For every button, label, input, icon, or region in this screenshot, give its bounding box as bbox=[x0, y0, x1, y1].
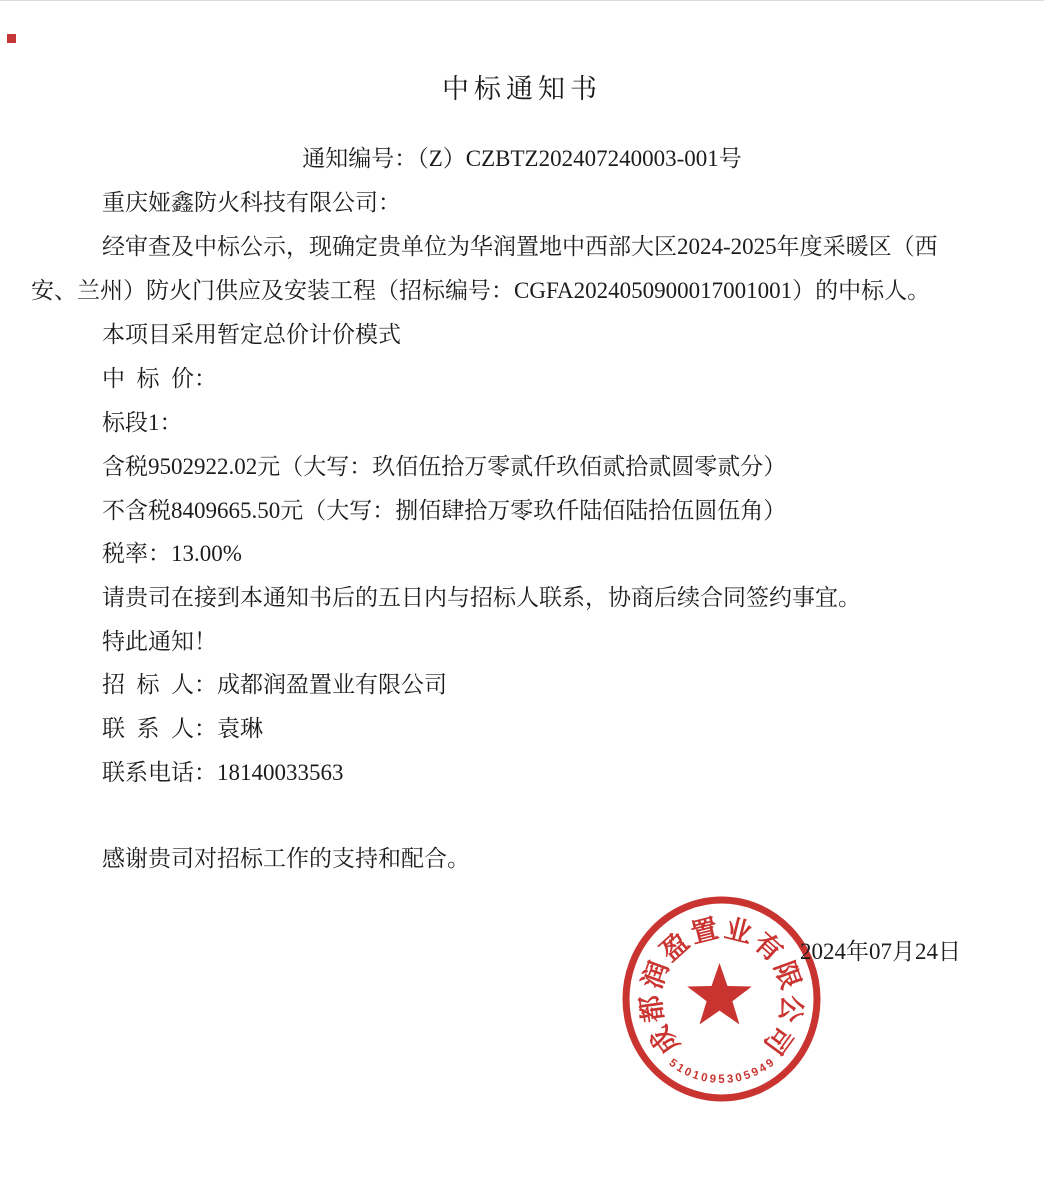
seal-serial-digit: 0 bbox=[700, 1072, 709, 1085]
seal-company-char: 业 bbox=[722, 913, 755, 949]
notice-number-line: 通知编号：（Z）CZBTZ202407240003-001号 bbox=[0, 144, 1044, 174]
closing-line: 特此通知！ bbox=[31, 627, 1013, 657]
contact-person-line: 联 系 人：袁琳 bbox=[31, 714, 1013, 744]
seal-company-char: 盈 bbox=[655, 927, 695, 967]
section-label-line: 标段1： bbox=[31, 408, 1013, 438]
seal-serial-digit: 3 bbox=[726, 1073, 734, 1086]
seal-company-char: 司 bbox=[758, 1020, 798, 1059]
tenderer-line: 招 标 人：成都润盈置业有限公司 bbox=[31, 670, 1013, 700]
company-seal: 成都润盈置业有限公司5101095305949 bbox=[618, 893, 826, 1105]
body-paragraph-line1: 经审查及中标公示，现确定贵单位为华润置地中西部大区2024-2025年度采暖区（… bbox=[31, 232, 1013, 262]
addressee-line: 重庆娅鑫防火科技有限公司： bbox=[31, 188, 1013, 218]
seal-serial-digit: 5 bbox=[718, 1074, 725, 1086]
pricing-mode-line: 本项目采用暂定总价计价模式 bbox=[31, 320, 1013, 350]
seal-company-char: 成 bbox=[645, 1020, 685, 1059]
seal-serial-digit: 0 bbox=[734, 1072, 743, 1085]
tax-rate-line: 税率：13.00% bbox=[31, 539, 1013, 569]
price-with-tax-line: 含税9502922.02元（大写：玖佰伍拾万零贰仟玖佰贰拾贰圆零贰分） bbox=[31, 452, 1013, 482]
award-notice-document: 中标通知书 通知编号：（Z）CZBTZ202407240003-001号 重庆娅… bbox=[0, 0, 1044, 1194]
document-title: 中标通知书 bbox=[0, 67, 1044, 106]
bid-price-label-line: 中 标 价： bbox=[31, 364, 1013, 394]
seal-company-char: 置 bbox=[688, 913, 721, 949]
seal-company-char: 都 bbox=[635, 993, 669, 1025]
document-date: 2024年07月24日 bbox=[800, 937, 961, 967]
seal-serial-digit: 9 bbox=[709, 1073, 717, 1086]
thanks-line: 感谢贵司对招标工作的支持和配合。 bbox=[31, 844, 1013, 874]
contact-instruction-line: 请贵司在接到本通知书后的五日内与招标人联系，协商后续合同签约事宜。 bbox=[31, 583, 1013, 613]
seal-company-char: 公 bbox=[774, 993, 807, 1024]
seal-star-icon bbox=[687, 963, 752, 1025]
seal-company-char: 润 bbox=[637, 957, 674, 993]
seal-company-char: 有 bbox=[748, 927, 788, 967]
price-without-tax-line: 不含税8409665.50元（大写：捌佰肆拾万零玖仟陆佰陆拾伍圆伍角） bbox=[31, 496, 1013, 526]
body-paragraph-line2: 安、兰州）防火门供应及安装工程（招标编号：CGFA202405090001700… bbox=[31, 276, 1013, 306]
contact-phone-line: 联系电话：18140033563 bbox=[31, 758, 1013, 788]
corner-red-mark bbox=[7, 34, 16, 43]
